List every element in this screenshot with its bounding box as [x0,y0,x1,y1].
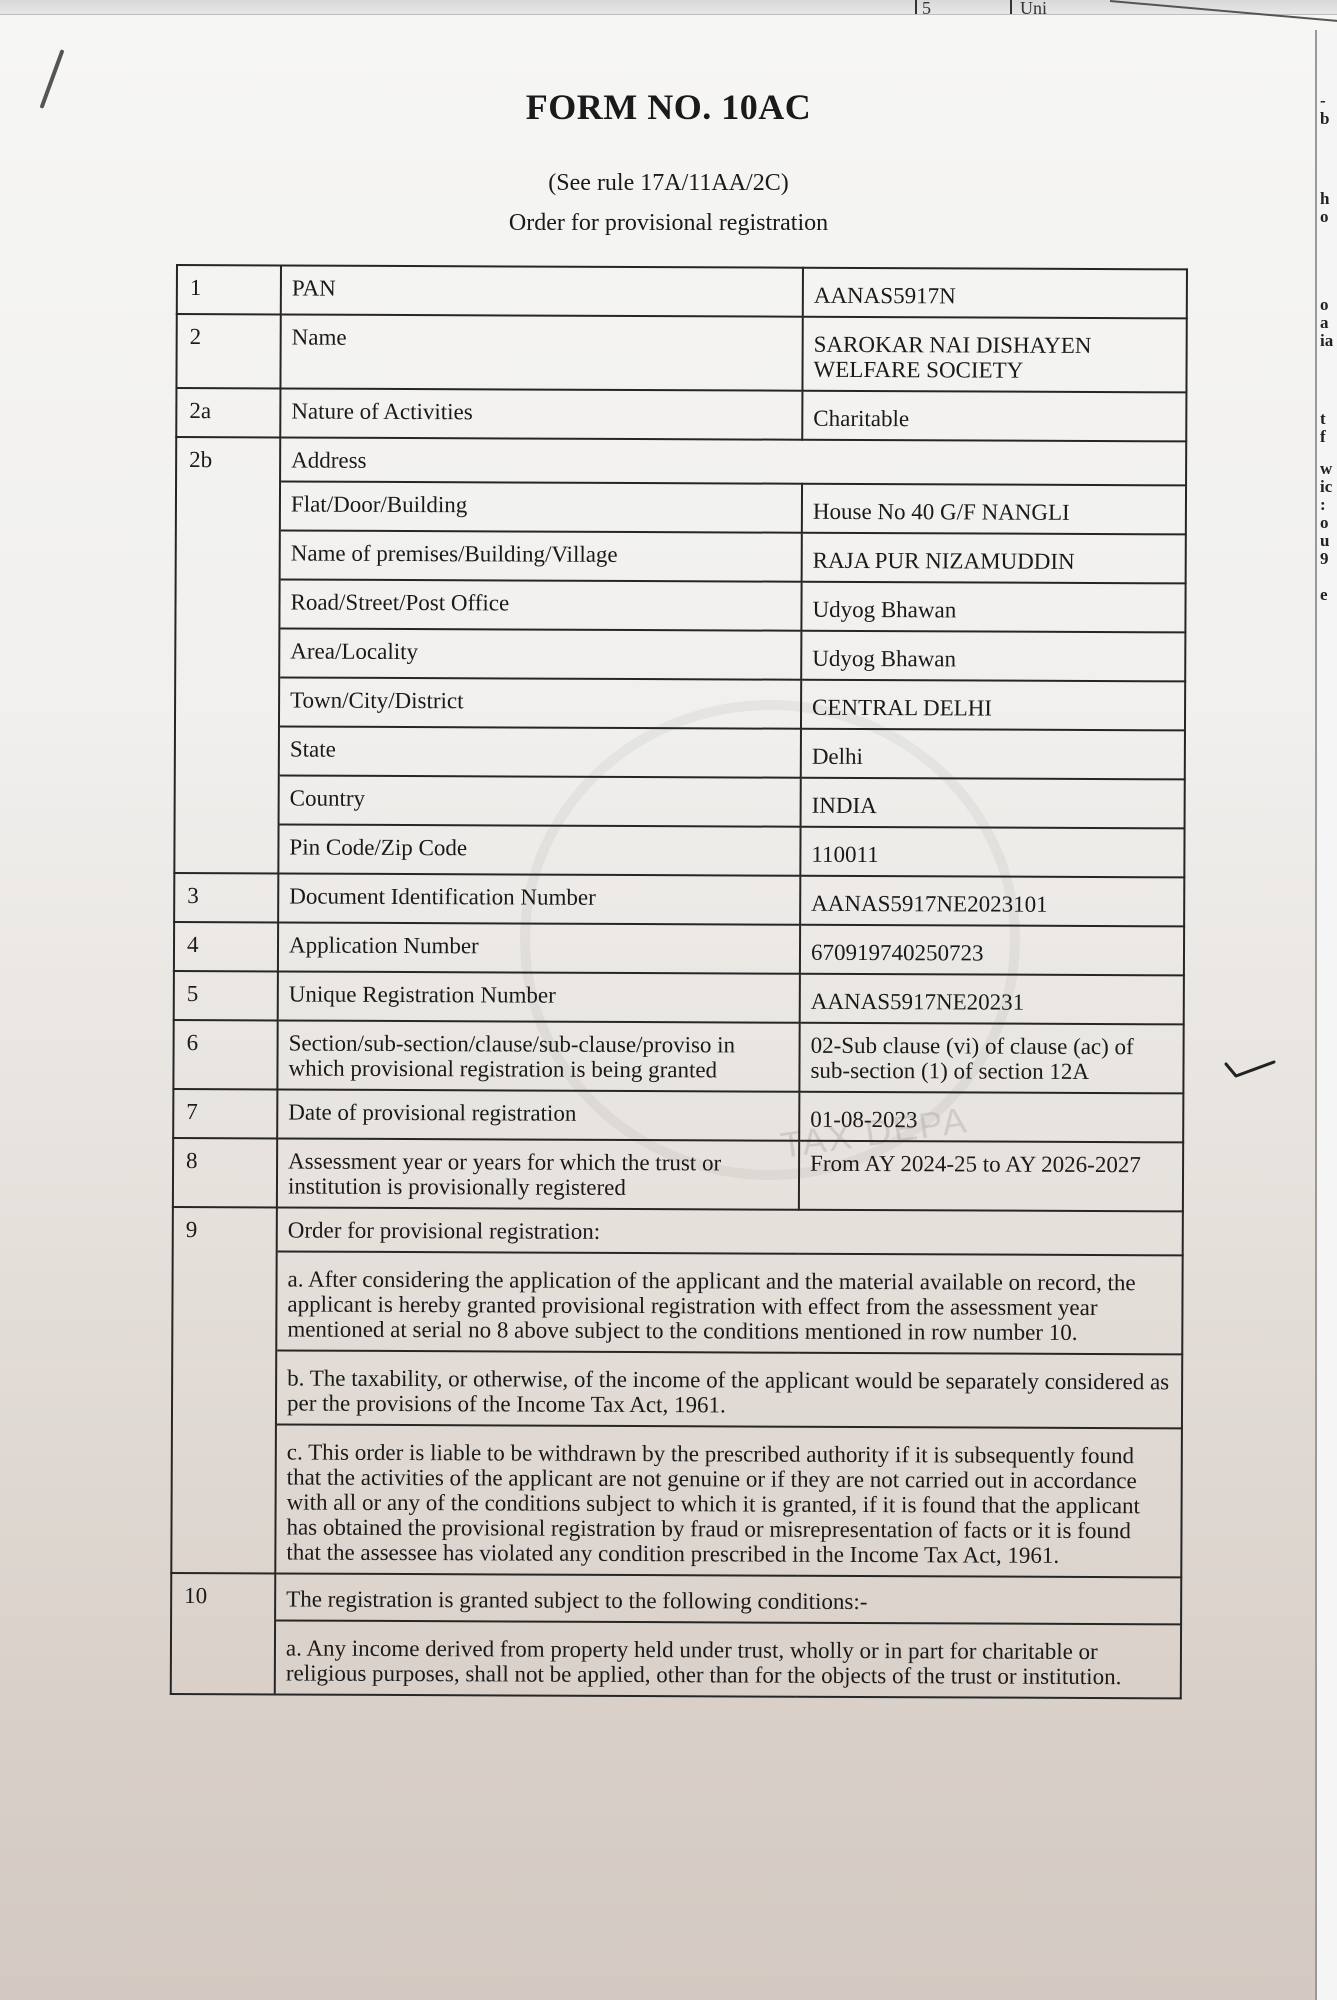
row-number-empty [175,579,279,628]
address-field-value: CENTRAL DELHI [801,680,1185,731]
row-label: The registration is granted subject to t… [275,1573,1181,1624]
condition-paragraph: a. Any income derived from property held… [275,1620,1181,1698]
application-value: 670919740250723 [800,925,1184,976]
address-field-label: Road/Street/Post Office [279,579,801,630]
din-value: AANAS5917NE2023101 [800,876,1184,927]
table-row-application: 4 Application Number 670919740250723 [174,922,1184,975]
address-field-label: Pin Code/Zip Code [278,824,800,875]
row-number: 6 [173,1020,277,1089]
name-value: SAROKAR NAI DISHAYEN WELFARE SOCIETY [802,317,1186,393]
table-row-urn: 5 Unique Registration Number AANAS5917NE… [174,971,1184,1024]
edge-fragment: f [1320,428,1337,446]
background-diagonal-line [1110,0,1337,23]
row-label: Order for provisional registration: [277,1207,1183,1255]
row-label: Unique Registration Number [278,971,800,1022]
row-number-empty [172,1350,276,1424]
table-row-name: 2 Name SAROKAR NAI DISHAYEN WELFARE SOCI… [176,314,1186,392]
row-number-empty [176,530,280,579]
table-row-conditions: 10 The registration is granted subject t… [171,1573,1181,1624]
address-field-value: RAJA PUR NIZAMUDDIN [802,533,1186,584]
row-number-empty [171,1620,275,1694]
row-number: 2 [176,314,280,388]
date-value: 01-08-2023 [799,1092,1183,1143]
row-label: Assessment year or years for which the t… [277,1138,799,1209]
edge-fragment: a [1320,314,1337,332]
background-fragment: Uni [1020,0,1047,19]
table-row-order: 9 Order for provisional registration: [173,1207,1183,1255]
address-field-value: INDIA [801,778,1185,829]
address-field-label: Country [279,775,801,826]
address-field-row: Area/Locality Udyog Bhawan [175,628,1185,681]
row-label: PAN [281,265,803,316]
row-number-empty [174,824,278,873]
urn-value: AANAS5917NE20231 [800,974,1184,1025]
background-rule [1010,0,1012,14]
address-field-row: Town/City/District CENTRAL DELHI [175,677,1185,730]
row-label: Application Number [278,922,800,973]
row-number: 8 [173,1138,277,1207]
table-row-address: 2b Address [176,437,1186,485]
form-subtitle: Order for provisional registration [0,210,1337,237]
row-number: 2b [176,437,280,481]
row-number-empty [175,726,279,775]
row-number: 3 [174,873,278,922]
section-value: 02-Sub clause (vi) of clause (ac) of sub… [799,1023,1183,1094]
edge-fragment: u [1320,532,1337,550]
order-paragraph-row: c. This order is liable to be withdrawn … [171,1424,1182,1577]
row-label: Document Identification Number [278,873,800,924]
row-label: Date of provisional registration [277,1089,799,1140]
order-paragraph: b. The taxability, or otherwise, of the … [276,1350,1182,1428]
row-number: 2a [176,388,280,437]
row-number: 9 [173,1207,277,1251]
order-paragraph: c. This order is liable to be withdrawn … [275,1424,1182,1577]
row-number-empty [171,1424,276,1573]
edge-fragment: t [1320,410,1337,428]
edge-fragment: ic [1320,478,1337,496]
order-paragraph-row: b. The taxability, or otherwise, of the … [172,1350,1182,1428]
row-label: Name [280,314,802,390]
checkmark-icon [1222,1058,1282,1088]
table-row-din: 3 Document Identification Number AANAS59… [174,873,1184,926]
rule-reference: (See rule 17A/11AA/2C) [0,170,1337,197]
edge-fragment: w [1320,460,1337,478]
address-field-value: Udyog Bhawan [801,582,1185,633]
edge-fragment: 9 [1320,550,1337,568]
table-row-date: 7 Date of provisional registration 01-08… [173,1089,1183,1142]
address-field-row: State Delhi [175,726,1185,779]
background-rule [915,0,917,14]
edge-fragment: e [1320,586,1337,604]
row-number: 1 [177,265,281,314]
table-row-nature: 2a Nature of Activities Charitable [176,388,1186,441]
row-number-empty [176,481,280,530]
assessment-years-value: From AY 2024-25 to AY 2026-2027 [799,1141,1183,1212]
address-field-value: Delhi [801,729,1185,780]
address-field-label: Flat/Door/Building [280,481,802,532]
table-row-assessment-years: 8 Assessment year or years for which the… [173,1138,1183,1211]
table-row-pan: 1 PAN AANAS5917N [177,265,1187,318]
registration-table: 1 PAN AANAS5917N 2 Name SAROKAR NAI DISH… [170,264,1188,1699]
order-paragraph-row: a. After considering the application of … [172,1251,1182,1354]
address-field-label: Area/Locality [279,628,801,679]
background-page-right-edge: - b h o o a ia t f w ic : o u 9 e [1315,30,1337,2000]
address-field-label: Town/City/District [279,677,801,728]
background-page-strip: 5 Uni [0,0,1337,15]
edge-fragment: o [1320,514,1337,532]
edge-fragment: ia [1320,332,1337,350]
address-field-value: Udyog Bhawan [801,631,1185,682]
row-number-empty [175,677,279,726]
row-number: 7 [173,1089,277,1138]
address-field-row: Flat/Door/Building House No 40 G/F NANGL… [176,481,1186,534]
address-field-row: Country INDIA [175,775,1185,828]
background-fragment: 5 [922,0,931,19]
address-field-value: House No 40 G/F NANGLI [802,484,1186,535]
edge-fragment: : [1320,496,1337,514]
table-row-section: 6 Section/sub-section/clause/sub-clause/… [173,1020,1183,1093]
edge-fragment: o [1320,296,1337,314]
address-field-row: Pin Code/Zip Code 110011 [174,824,1184,877]
address-field-row: Road/Street/Post Office Udyog Bhawan [175,579,1185,632]
row-number-empty [175,775,279,824]
order-paragraph: a. After considering the application of … [276,1251,1182,1354]
row-number-empty [175,628,279,677]
row-label: Address [280,437,1186,485]
pan-value: AANAS5917N [803,268,1187,319]
row-number: 4 [174,922,278,971]
row-label: Nature of Activities [280,388,802,439]
address-field-row: Name of premises/Building/Village RAJA P… [176,530,1186,583]
address-field-label: Name of premises/Building/Village [280,530,802,581]
address-field-value: 110011 [800,827,1184,878]
address-field-label: State [279,726,801,777]
condition-paragraph-row: a. Any income derived from property held… [171,1620,1181,1698]
row-label: Section/sub-section/clause/sub-clause/pr… [277,1020,799,1091]
nature-value: Charitable [802,391,1186,442]
row-number-empty [172,1251,276,1350]
row-number: 5 [174,971,278,1020]
row-number: 10 [171,1573,275,1620]
form-title: FORM NO. 10AC [0,86,1337,128]
